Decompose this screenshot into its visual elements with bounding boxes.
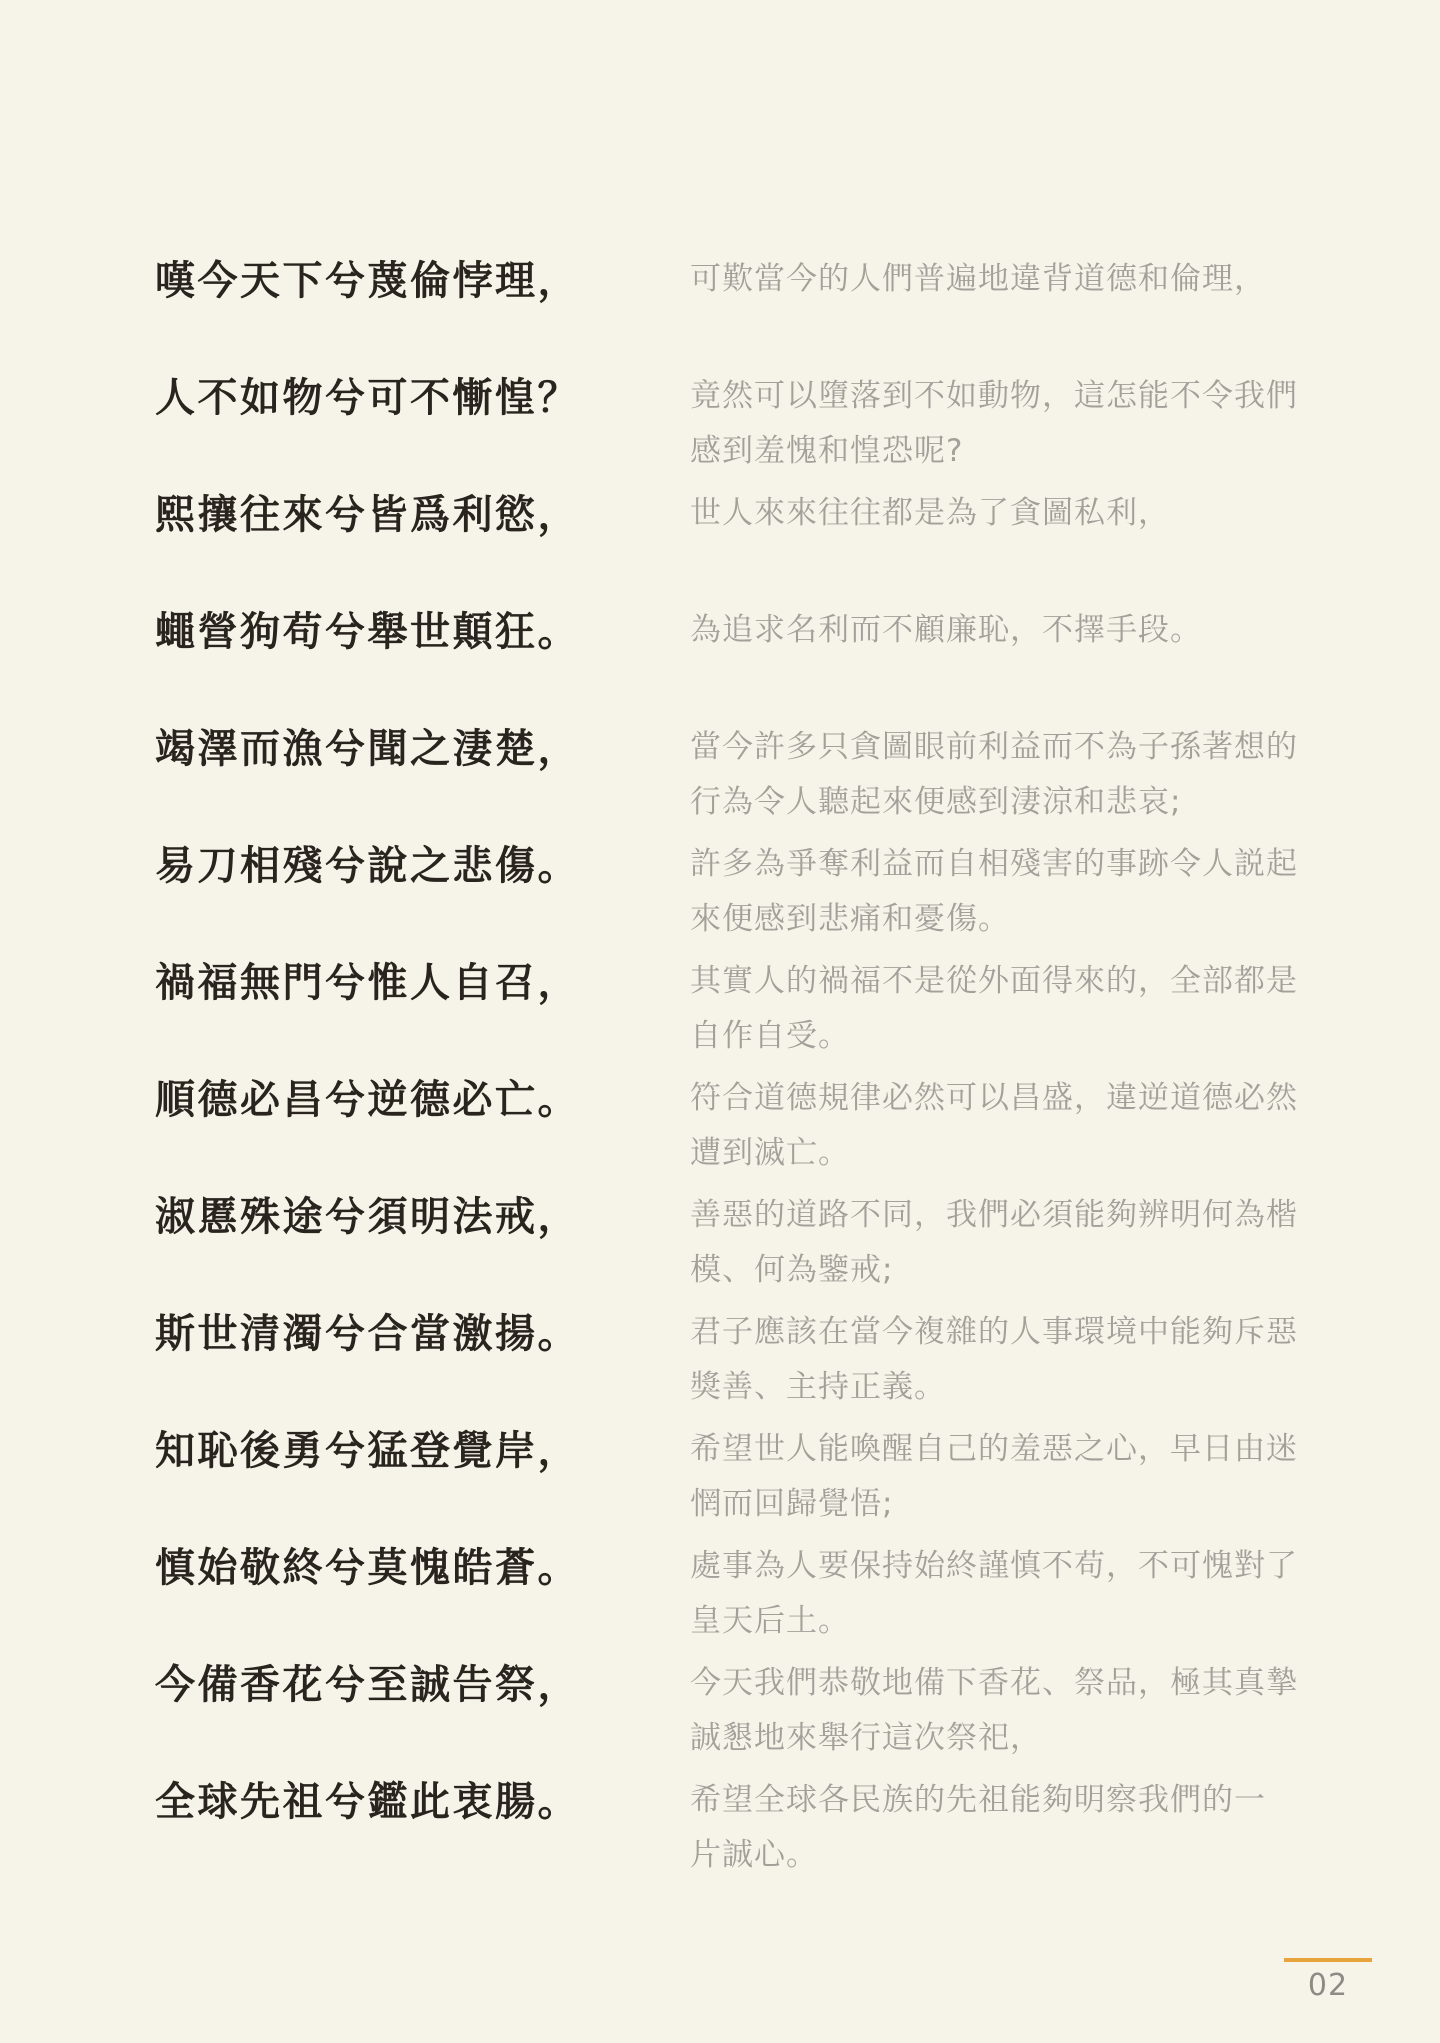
translation-block: 今天我們恭敬地備下香花、祭品，極其真摯 誠懇地來舉行這次祭祀， — [690, 1656, 1370, 1766]
translation-line: 善惡的道路不同，我們必須能夠辨明何為楷 — [690, 1188, 1370, 1243]
verse-row: 慎始敬終兮莫愧皓蒼。 處事為人要保持始終謹慎不苟，不可愧對了 皇天后土。 — [155, 1545, 1385, 1662]
verse-line: 淑慝殊途兮須明法戒， — [155, 1194, 690, 1240]
translation-line: 當今許多只貪圖眼前利益而不為子孫著想的 — [690, 720, 1370, 775]
verse-row: 全球先祖兮鑑此衷腸。 希望全球各民族的先祖能夠明察我們的一 片誠心。 — [155, 1779, 1385, 1896]
translation-line: 希望世人能喚醒自己的羞惡之心，早日由迷 — [690, 1422, 1370, 1477]
translation-block: 善惡的道路不同，我們必須能夠辨明何為楷 模、何為鑒戒; — [690, 1188, 1370, 1298]
translation-line: 模、何為鑒戒; — [690, 1243, 1370, 1298]
verse-row: 淑慝殊途兮須明法戒， 善惡的道路不同，我們必須能夠辨明何為楷 模、何為鑒戒; — [155, 1194, 1385, 1311]
verse-line: 今備香花兮至誠告祭， — [155, 1662, 690, 1708]
verse-row: 禍福無門兮惟人自召， 其實人的禍福不是從外面得來的，全部都是 自作自受。 — [155, 960, 1385, 1077]
verse-row: 順德必昌兮逆德必亡。 符合道德規律必然可以昌盛，違逆道德必然 遭到滅亡。 — [155, 1077, 1385, 1194]
verse-line: 竭澤而漁兮聞之淒楚， — [155, 726, 690, 772]
translation-block: 許多為爭奪利益而自相殘害的事跡令人説起 來便感到悲痛和憂傷。 — [690, 837, 1370, 947]
verse-line: 熙攘往來兮皆爲利慾， — [155, 492, 690, 538]
verse-line: 人不如物兮可不慚惶？ — [155, 375, 690, 421]
verse-line: 斯世清濁兮合當激揚。 — [155, 1311, 690, 1357]
translation-block: 君子應該在當今複雜的人事環境中能夠斥惡 獎善、主持正義。 — [690, 1305, 1370, 1415]
verse-line: 慎始敬終兮莫愧皓蒼。 — [155, 1545, 690, 1591]
translation-block: 符合道德規律必然可以昌盛，違逆道德必然 遭到滅亡。 — [690, 1071, 1370, 1181]
page-number-label: 02 — [1308, 1968, 1348, 2003]
translation-line: 獎善、主持正義。 — [690, 1360, 1370, 1415]
translation-line: 許多為爭奪利益而自相殘害的事跡令人説起 — [690, 837, 1370, 892]
verse-line: 嘆今天下兮蔑倫悖理， — [155, 258, 690, 304]
verse-row: 竭澤而漁兮聞之淒楚， 當今許多只貪圖眼前利益而不為子孫著想的 行為令人聽起來便感… — [155, 726, 1385, 843]
translation-line: 君子應該在當今複雜的人事環境中能夠斥惡 — [690, 1305, 1370, 1360]
translation-block: 當今許多只貪圖眼前利益而不為子孫著想的 行為令人聽起來便感到淒涼和悲哀; — [690, 720, 1370, 830]
verse-line: 順德必昌兮逆德必亡。 — [155, 1077, 690, 1123]
verse-row: 今備香花兮至誠告祭， 今天我們恭敬地備下香花、祭品，極其真摯 誠懇地來舉行這次祭… — [155, 1662, 1385, 1779]
verse-row: 嘆今天下兮蔑倫悖理， 可歎當今的人們普遍地違背道德和倫理， — [155, 258, 1385, 375]
translation-line: 遭到滅亡。 — [690, 1126, 1370, 1181]
translation-line: 誠懇地來舉行這次祭祀， — [690, 1711, 1370, 1766]
verse-row: 斯世清濁兮合當激揚。 君子應該在當今複雜的人事環境中能夠斥惡 獎善、主持正義。 — [155, 1311, 1385, 1428]
translation-block: 可歎當今的人們普遍地違背道德和倫理， — [690, 252, 1370, 307]
translation-line: 世人來來往往都是為了貪圖私利， — [690, 486, 1370, 541]
translation-block: 處事為人要保持始終謹慎不苟，不可愧對了 皇天后土。 — [690, 1539, 1370, 1649]
translation-line: 符合道德規律必然可以昌盛，違逆道德必然 — [690, 1071, 1370, 1126]
translation-line: 今天我們恭敬地備下香花、祭品，極其真摯 — [690, 1656, 1370, 1711]
translation-line: 來便感到悲痛和憂傷。 — [690, 892, 1370, 947]
translation-block: 希望世人能喚醒自己的羞惡之心，早日由迷 惘而回歸覺悟; — [690, 1422, 1370, 1532]
verse-row: 易刀相殘兮說之悲傷。 許多為爭奪利益而自相殘害的事跡令人説起 來便感到悲痛和憂傷… — [155, 843, 1385, 960]
translation-block: 竟然可以墮落到不如動物，這怎能不令我們 感到羞愧和惶恐呢? — [690, 369, 1370, 479]
translation-line: 其實人的禍福不是從外面得來的，全部都是 — [690, 954, 1370, 1009]
page-number: 02 — [1284, 1958, 1372, 2003]
translation-line: 皇天后土。 — [690, 1594, 1370, 1649]
translation-line: 可歎當今的人們普遍地違背道德和倫理， — [690, 252, 1370, 307]
verse-row: 知恥後勇兮猛登覺岸， 希望世人能喚醒自己的羞惡之心，早日由迷 惘而回歸覺悟; — [155, 1428, 1385, 1545]
translation-block: 世人來來往往都是為了貪圖私利， — [690, 486, 1370, 541]
translation-block: 其實人的禍福不是從外面得來的，全部都是 自作自受。 — [690, 954, 1370, 1064]
verse-line: 禍福無門兮惟人自召， — [155, 960, 690, 1006]
verse-row: 熙攘往來兮皆爲利慾， 世人來來往往都是為了貪圖私利， — [155, 492, 1385, 609]
translation-line: 感到羞愧和惶恐呢? — [690, 424, 1370, 479]
translation-line: 處事為人要保持始終謹慎不苟，不可愧對了 — [690, 1539, 1370, 1594]
verse-row: 蠅營狗苟兮舉世顛狂。 為追求名利而不顧廉恥，不擇手段。 — [155, 609, 1385, 726]
translation-line: 惘而回歸覺悟; — [690, 1477, 1370, 1532]
translation-block: 希望全球各民族的先祖能夠明察我們的一 片誠心。 — [690, 1773, 1370, 1883]
translation-line: 為追求名利而不顧廉恥，不擇手段。 — [690, 603, 1370, 658]
translation-block: 為追求名利而不顧廉恥，不擇手段。 — [690, 603, 1370, 658]
translation-line: 行為令人聽起來便感到淒涼和悲哀; — [690, 775, 1370, 830]
verse-line: 易刀相殘兮說之悲傷。 — [155, 843, 690, 889]
verse-line: 知恥後勇兮猛登覺岸， — [155, 1428, 690, 1474]
verse-translation-list: 嘆今天下兮蔑倫悖理， 可歎當今的人們普遍地違背道德和倫理， 人不如物兮可不慚惶？… — [155, 258, 1385, 1896]
verse-line: 全球先祖兮鑑此衷腸。 — [155, 1779, 690, 1825]
translation-line: 希望全球各民族的先祖能夠明察我們的一 — [690, 1773, 1370, 1828]
translation-line: 竟然可以墮落到不如動物，這怎能不令我們 — [690, 369, 1370, 424]
translation-line: 自作自受。 — [690, 1009, 1370, 1064]
translation-line: 片誠心。 — [690, 1828, 1370, 1883]
verse-row: 人不如物兮可不慚惶？ 竟然可以墮落到不如動物，這怎能不令我們 感到羞愧和惶恐呢? — [155, 375, 1385, 492]
verse-line: 蠅營狗苟兮舉世顛狂。 — [155, 609, 690, 655]
